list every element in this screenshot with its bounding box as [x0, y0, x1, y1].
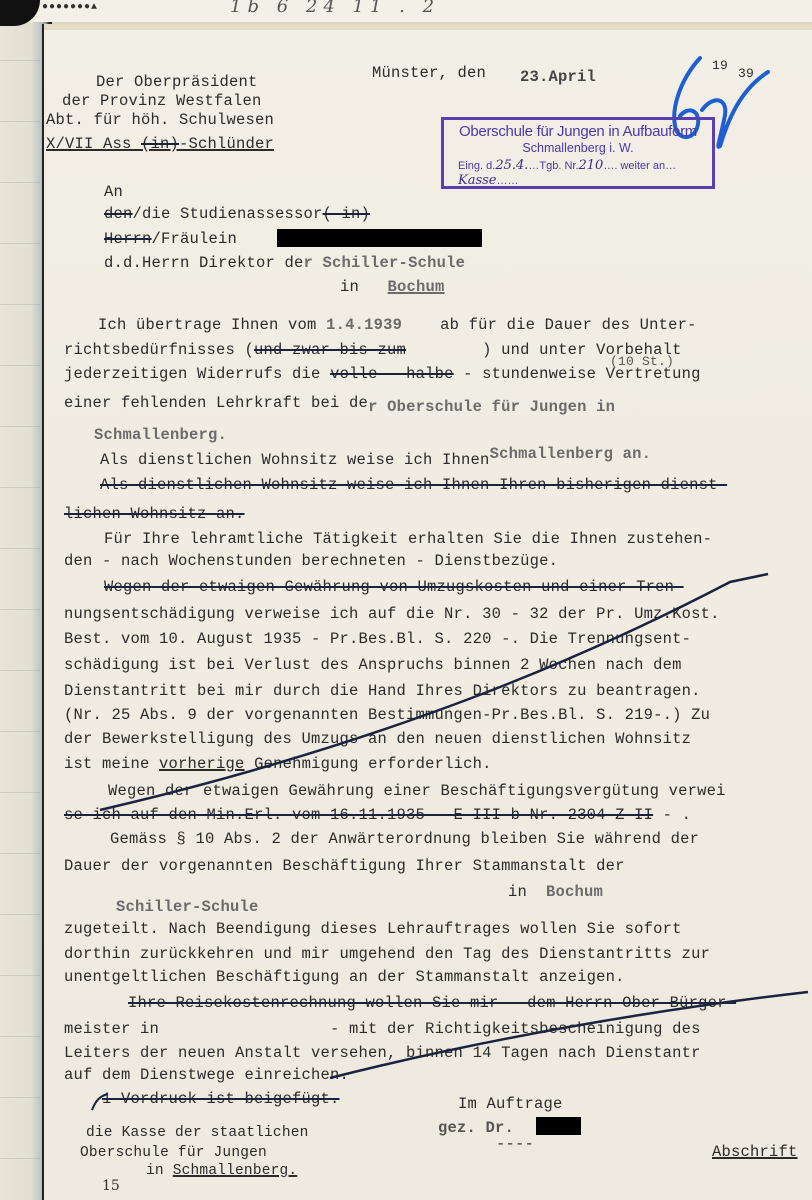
p4-l8-a: ist meine — [64, 755, 150, 773]
p7-line-2: meister in - mit der Richtigkeitsbeschei… — [64, 1020, 701, 1038]
stamp-location: Schmallenberg i. W. — [444, 141, 712, 155]
signature-dashes: ---- — [496, 1135, 534, 1153]
recipient-line-1: die Kasse der staatlichen — [86, 1125, 309, 1141]
p6-in: in — [508, 883, 527, 901]
stamp-received-label: Eing. d. — [458, 160, 495, 172]
authority-line-3: Abt. für höh. Schulwesen — [46, 111, 274, 129]
address-title: /die Studienassessor — [133, 205, 323, 223]
reference-number: X/VII Ass (in)-Schlünder — [46, 135, 274, 153]
p4-line-1: Wegen der etwaigen Gewährung von Umzugsk… — [104, 578, 684, 596]
copy-mark: Abschrift — [712, 1143, 798, 1161]
p1-l4-a: einer fehlenden Lehrkraft bei de — [64, 394, 368, 412]
stamp-journal-label: Tgb. Nr. — [539, 160, 578, 172]
reference-suffix: -Schlünder — [179, 135, 274, 153]
p7-l2-b: - mit der Richtigkeitsbescheinigung des — [330, 1020, 701, 1038]
recipient-city: Schmallenberg. — [173, 1163, 298, 1179]
address-in-struck: (-in) — [323, 205, 371, 223]
p1-l2-struck: und zwar bis zum — [254, 341, 406, 359]
address-an: An — [104, 183, 123, 201]
p4-l8-b: Genehmigung erforderlich. — [254, 755, 492, 773]
address-line-4: in Bochum — [340, 278, 445, 296]
p5-l2-tail: - . — [663, 806, 692, 824]
p6-line-3: in Bochum — [508, 883, 603, 901]
p1-text-b: ab für die Dauer des Unter- — [440, 316, 697, 334]
p7-line-5: 1 Vordruck ist beigefügt. — [102, 1090, 340, 1108]
p1-line-5: Schmallenberg. — [94, 426, 227, 444]
p2-line-2: Als dienstlichen Wohnsitz weise ich Ihne… — [100, 476, 727, 494]
address-salutation: /Fräulein — [152, 230, 238, 248]
address-in: in — [340, 278, 359, 296]
recipient-in: in — [146, 1163, 164, 1179]
p1-line-3: jederzeitigen Widerrufs die volle - halb… — [64, 365, 701, 383]
p1-start-date: 1.4.1939 — [326, 316, 402, 334]
recipient-line-3: in Schmallenberg. — [146, 1163, 297, 1179]
p1-l3-struck: volle - halbe — [330, 365, 454, 383]
p4-line-5: Dienstantritt bei mir durch die Hand Ihr… — [64, 682, 701, 700]
p6-line-7: unentgeltlichen Beschäftigung an der Sta… — [64, 968, 625, 986]
stamp-school-name: Oberschule für Jungen in Aufbauform — [444, 123, 712, 140]
p4-l8-underlined: vorherige — [159, 755, 245, 773]
address-den-struck: den — [104, 205, 133, 223]
p6-line-2: Dauer der vorgenannten Beschäftigung Ihr… — [64, 857, 625, 875]
p2-l1-city: Schmallenberg an. — [490, 445, 652, 463]
p4-line-4: schädigung ist bei Verlust des Anspruchs… — [64, 656, 682, 674]
receipt-stamp: Oberschule für Jungen in Aufbauform Schm… — [441, 117, 715, 189]
redacted-name — [277, 229, 482, 247]
p7-line-4: auf dem Dienstwege einreichen. — [64, 1066, 349, 1084]
address-line-3: d.d.Herrn Direktor der Schiller-Schule — [104, 254, 465, 272]
p6-line-4: Schiller-Schule — [116, 898, 259, 916]
address-school: r Schiller-Schule — [304, 254, 466, 272]
p1-l3-b: - stundenweise Vertretung — [463, 365, 701, 383]
reference-struck: (in) — [141, 135, 179, 153]
top-handwriting: 1b 6 24 11 . 2 — [230, 0, 440, 17]
address-line-1: den/die Studienassessor(-in) — [104, 205, 370, 223]
p1-text-a: Ich übertrage Ihnen vom — [98, 316, 317, 334]
reference-prefix: X/VII Ass — [46, 135, 141, 153]
p4-line-8: ist meine vorherige Genehmigung erforder… — [64, 755, 492, 773]
p7-l2-a: meister in — [64, 1020, 159, 1038]
address-city: Bochum — [388, 278, 445, 296]
redacted-signature — [536, 1117, 581, 1135]
p7-line-1: Ihre Reisekostenrechnung wollen Sie mir … — [128, 994, 736, 1012]
p6-line-5: zugeteilt. Nach Beendigung dieses Lehrau… — [64, 920, 682, 938]
p4-line-6: (Nr. 25 Abs. 9 der vorgenannten Bestimmu… — [64, 706, 710, 724]
p5-line-1: Wegen der etwaigen Gewährung einer Besch… — [108, 782, 726, 800]
address-director: d.d.Herrn Direktor de — [104, 254, 304, 272]
p3-line-2: den - nach Wochenstunden berechneten - D… — [64, 552, 558, 570]
p4-line-2: nungsentschädigung verweise ich auf die … — [64, 605, 720, 623]
p4-line-3: Best. vom 10. August 1935 - Pr.Bes.Bl. S… — [64, 630, 691, 648]
p4-line-7: der Bewerkstelligung des Umzugs an den n… — [64, 730, 691, 748]
p2-line-3: lichen Wohnsitz an. — [64, 505, 245, 523]
p5-l2-struck: se ich auf den Min.Erl. vom 16.11.1935 -… — [64, 806, 653, 824]
stamp-received-value: 25.4. — [495, 158, 528, 173]
p3-line-1: Für Ihre lehramtliche Tätigkeit erhalten… — [104, 530, 712, 548]
authority-line-1: Der Oberpräsident — [96, 73, 258, 91]
date-value: 23.April — [520, 68, 596, 86]
p1-line-1: Ich übertrage Ihnen vom 1.4.1939 ab für … — [98, 316, 697, 334]
recipient-line-2: Oberschule für Jungen — [80, 1145, 267, 1161]
p1-l4-school: r Oberschule für Jungen in — [368, 398, 615, 416]
punched-holes: ●●●●●●●▲ — [42, 2, 98, 13]
p2-line-1: Als dienstlichen Wohnsitz weise ich Ihne… — [100, 451, 651, 469]
p1-line-4: einer fehlenden Lehrkraft bei der Obersc… — [64, 394, 615, 412]
stamp-journal-value: 210 — [579, 158, 604, 173]
p1-l3-a: jederzeitigen Widerrufs die — [64, 365, 321, 383]
authority-line-2: der Provinz Westfalen — [62, 92, 262, 110]
p6-line-6: dorthin zurückkehren und mir umgehend de… — [64, 945, 710, 963]
stamp-forward-label: weiter an — [620, 160, 665, 172]
binder-ruled-lines — [0, 0, 40, 1200]
signature-line-1: Im Auftrage — [458, 1095, 563, 1113]
page-number: 15 — [102, 1178, 120, 1194]
p6-line-1: Gemäss § 10 Abs. 2 der Anwärterordnung b… — [110, 830, 699, 848]
address-herrn-struck: Herrn — [104, 230, 152, 248]
p1-l2-a: richtsbedürfnisses ( — [64, 341, 254, 359]
place-date-label: Münster, den — [372, 64, 486, 82]
stamp-forward-value: Kasse — [458, 173, 497, 188]
stamp-entry-line: Eing. d.25.4.…Tgb. Nr.210…. weiter an…Ka… — [444, 158, 712, 188]
address-line-2: Herrn/Fräulein — [104, 230, 237, 248]
p7-line-3: Leiters der neuen Anstalt versehen, binn… — [64, 1044, 701, 1062]
underlying-page-strip: ●●●●●●●▲ 1b 6 24 11 . 2 — [0, 0, 812, 22]
p1-line-2: richtsbedürfnisses (und zwar bis zum ) u… — [64, 341, 682, 359]
p2-l1-a: Als dienstlichen Wohnsitz weise ich Ihne… — [100, 451, 490, 469]
p5-line-2: se ich auf den Min.Erl. vom 16.11.1935 -… — [64, 806, 691, 824]
p6-city: Bochum — [546, 883, 603, 901]
